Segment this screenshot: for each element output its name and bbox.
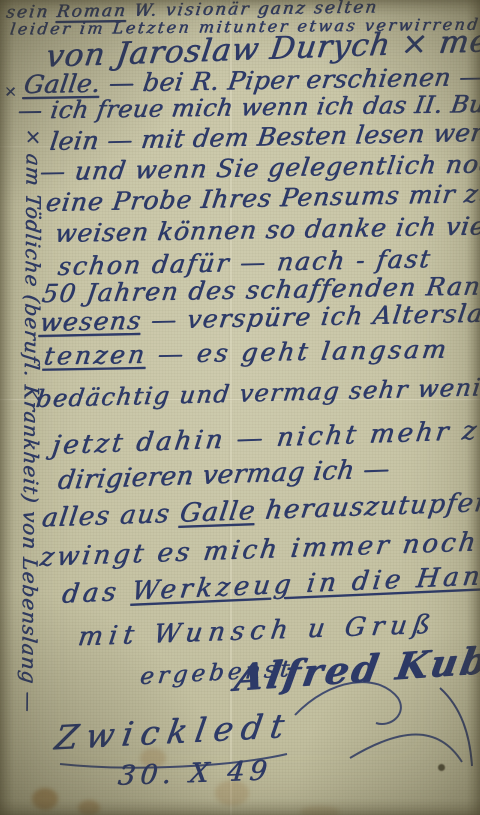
date-line: 30. X 49 (117, 757, 273, 789)
handwriting-line: tenzen — es geht langsam (42, 336, 450, 368)
handwriting-line: jetzt dahin — nicht mehr zu (50, 417, 480, 459)
stain (300, 806, 340, 815)
line-text: jetzt dahin — nicht mehr zu (50, 415, 480, 461)
line-text: — es geht langsam (145, 334, 451, 368)
handwriting-line: lein — mit dem Besten lesen werde (48, 119, 480, 154)
line-text: dirigieren vermag ich — (56, 454, 392, 496)
underlined-word: Galle (178, 496, 258, 529)
line-text: das (60, 576, 134, 609)
handwriting-line: — und wenn Sie gelegentlich noch (38, 151, 480, 184)
line-text: bedächtig und vermag sehr wenig bloß (34, 371, 480, 413)
margin-note: × am Tödliche (berufl. Krankheit) von Le… (17, 127, 46, 714)
underlined-word: Galle. (22, 69, 103, 99)
handwriting-line: alles aus Galle herauszutupfen !! (40, 488, 480, 531)
handwriting-line: weisen können so danke ich viel (53, 213, 480, 246)
underlined-word: wesens (38, 306, 144, 337)
stain (32, 788, 58, 810)
line-text: herauszutupfen !! (254, 486, 480, 526)
handwriting-line: eine Probe Ihres Pensums mir zu — (44, 180, 480, 215)
line-text: alles aus (40, 499, 182, 534)
handwriting-line: bedächtig und vermag sehr wenig bloß (35, 373, 480, 411)
stain (78, 800, 100, 815)
signature-flourish (290, 670, 480, 770)
handwriting-line: — ich freue mich wenn ich das II. Buch- (16, 91, 480, 122)
letter-scan: sein Roman W. visionär ganz selten leide… (0, 0, 480, 815)
underlined-word: tenzen (42, 340, 149, 371)
footnote-mark: × (4, 84, 17, 99)
handwriting-line: dirigieren vermag ich — (56, 456, 391, 494)
line-text: weisen können so danke ich viel (53, 211, 480, 248)
